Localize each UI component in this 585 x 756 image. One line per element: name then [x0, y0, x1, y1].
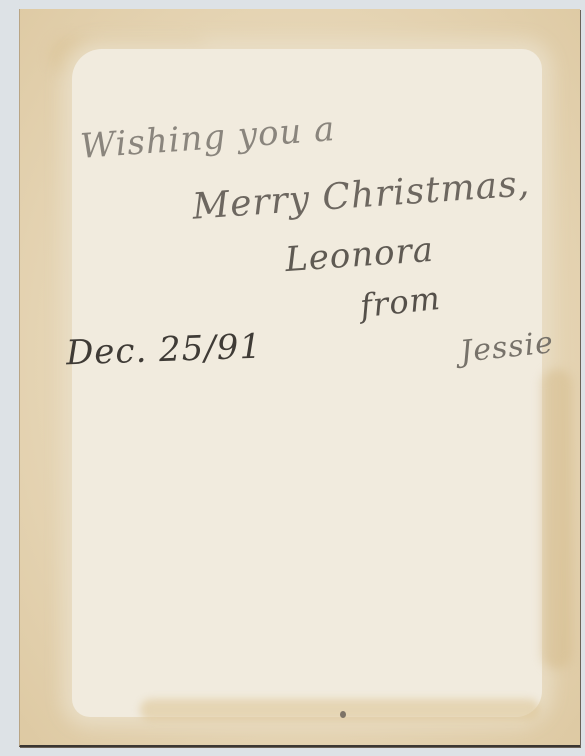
ink-spot: [340, 711, 346, 718]
stain-right: [542, 369, 572, 669]
handwritten-date: Dec. 25/91: [65, 327, 262, 374]
stain-bottom-band: [140, 699, 540, 721]
